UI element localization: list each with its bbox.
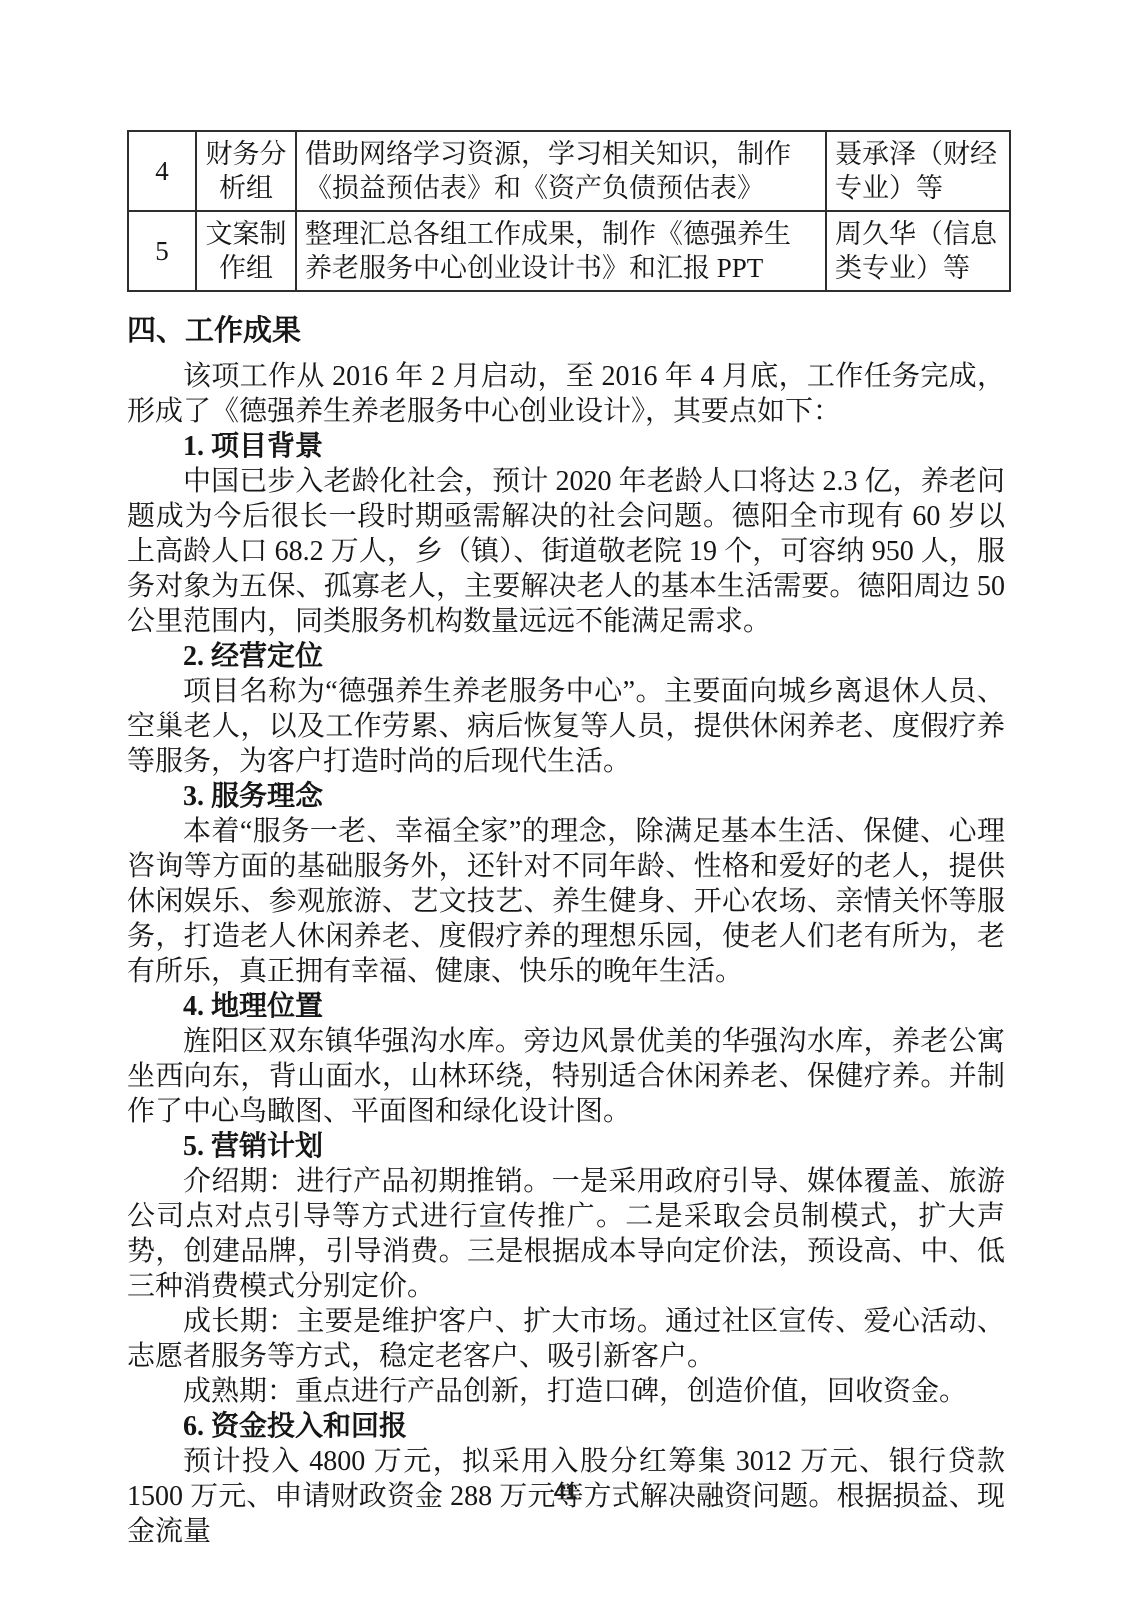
group-name-cell: 文案制作组 — [196, 211, 296, 291]
row-index-cell: 4 — [128, 131, 196, 211]
subsection-heading-investment-return: 6. 资金投入和回报 — [127, 1409, 1005, 1444]
section-title: 四、工作成果 — [127, 313, 1005, 349]
table-row: 4 财务分析组 借助网络学习资源，学习相关知识，制作《损益预估表》和《资产负债预… — [128, 131, 1010, 211]
document-content: 4 财务分析组 借助网络学习资源，学习相关知识，制作《损益预估表》和《资产负债预… — [127, 130, 1005, 1549]
paragraph: 本着“服务一老、幸福全家”的理念，除满足基本生活、保健、心理咨询等方面的基础服务… — [127, 814, 1005, 989]
subsection-heading-location: 4. 地理位置 — [127, 989, 1005, 1024]
paragraph: 成熟期：重点进行产品创新，打造口碑，创造价值，回收资金。 — [127, 1374, 1005, 1409]
paragraph: 旌阳区双东镇华强沟水库。旁边风景优美的华强沟水库，养老公寓坐西向东，背山面水，山… — [127, 1024, 1005, 1129]
table-row: 5 文案制作组 整理汇总各组工作成果，制作《德强养生养老服务中心创业设计书》和汇… — [128, 211, 1010, 291]
paragraph: 项目名称为“德强养生养老服务中心”。主要面向城乡离退休人员、空巢老人，以及工作劳… — [127, 674, 1005, 779]
paragraph: 成长期：主要是维护客户、扩大市场。通过社区宣传、爱心活动、志愿者服务等方式，稳定… — [127, 1304, 1005, 1374]
row-index-cell: 5 — [128, 211, 196, 291]
paragraph: 介绍期：进行产品初期推销。一是采用政府引导、媒体覆盖、旅游公司点对点引导等方式进… — [127, 1164, 1005, 1304]
members-cell: 聂承泽（财经专业）等 — [826, 131, 1010, 211]
group-name-cell: 财务分析组 — [196, 131, 296, 211]
subsection-heading-service-philosophy: 3. 服务理念 — [127, 779, 1005, 814]
task-cell: 整理汇总各组工作成果，制作《德强养生养老服务中心创业设计书》和汇报 PPT — [296, 211, 826, 291]
subsection-heading-marketing-plan: 5. 营销计划 — [127, 1129, 1005, 1164]
page-number: 41 — [0, 1481, 1131, 1505]
work-groups-table: 4 财务分析组 借助网络学习资源，学习相关知识，制作《损益预估表》和《资产负债预… — [127, 130, 1011, 292]
intro-paragraph: 该项工作从 2016 年 2 月启动，至 2016 年 4 月底，工作任务完成，… — [127, 359, 1005, 429]
members-cell: 周久华（信息类专业）等 — [826, 211, 1010, 291]
subsection-heading-business-positioning: 2. 经营定位 — [127, 639, 1005, 674]
paragraph: 中国已步入老龄化社会，预计 2020 年老龄人口将达 2.3 亿，养老问题成为今… — [127, 464, 1005, 639]
subsection-heading-project-background: 1. 项目背景 — [127, 429, 1005, 464]
document-page: 4 财务分析组 借助网络学习资源，学习相关知识，制作《损益预估表》和《资产负债预… — [0, 0, 1131, 1600]
task-cell: 借助网络学习资源，学习相关知识，制作《损益预估表》和《资产负债预估表》 — [296, 131, 826, 211]
